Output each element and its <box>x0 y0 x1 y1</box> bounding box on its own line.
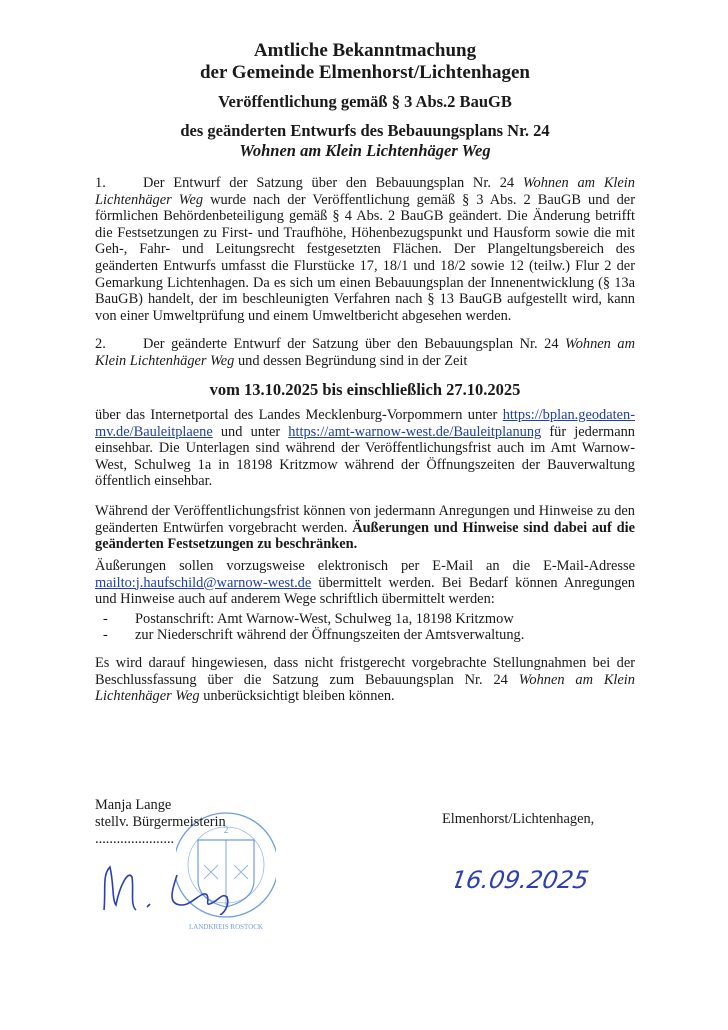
section-1-text: Der Entwurf der Satzung über den Bebauun… <box>143 175 523 191</box>
signatory-block: Manja Lange stellv. Bürgermeisterin ....… <box>95 797 226 848</box>
submission-paragraph: Äußerungen sollen vorzugsweise elektroni… <box>95 558 635 644</box>
submission-options: Postanschrift: Amt Warnow-West, Schulweg… <box>95 611 635 644</box>
title-line-1: Amtliche Bekanntmachung <box>95 40 635 62</box>
subtitle: Veröffentlichung gemäß § 3 Abs.2 BauGB <box>95 92 635 112</box>
subject: des geänderten Entwurfs des Bebauungspla… <box>95 121 635 161</box>
notice-paragraph: Es wird darauf hingewiesen, dass nicht f… <box>95 655 635 705</box>
email-link[interactable]: mailto:j.haufschild@warnow-west.de <box>95 575 311 591</box>
signing-place: Elmenhorst/Lichtenhagen, <box>442 811 594 828</box>
svg-text:LANDKREIS ROSTOCK: LANDKREIS ROSTOCK <box>189 923 263 931</box>
access-text-2: und unter <box>213 424 289 440</box>
section-2: 2.Der geänderte Entwurf der Satzung über… <box>95 336 635 369</box>
svg-text:16.09.2025: 16.09.2025 <box>455 866 591 894</box>
signatory-name: Manja Lange <box>95 797 226 814</box>
notice-text-2: unberücksichtigt bleiben können. <box>200 688 395 704</box>
handwritten-signature-icon <box>92 855 242 915</box>
submission-text: Äußerungen sollen vorzugsweise elektroni… <box>95 558 635 574</box>
access-paragraph: über das Internetportal des Landes Meckl… <box>95 407 635 490</box>
subject-line-1: des geänderten Entwurfs des Bebauungspla… <box>95 121 635 141</box>
bullet-in-person: zur Niederschrift während der Öffnungsze… <box>95 627 635 644</box>
section-2-text: Der geänderte Entwurf der Satzung über d… <box>143 336 565 352</box>
section-1: 1.Der Entwurf der Satzung über den Bebau… <box>95 175 635 324</box>
section-1-number: 1. <box>95 175 143 192</box>
section-2-number: 2. <box>95 336 143 353</box>
signature-dots: ...................... <box>95 831 226 848</box>
bullet-postal: Postanschrift: Amt Warnow-West, Schulweg… <box>95 611 635 628</box>
section-1-text-cont: wurde nach der Veröffentlichung gemäß § … <box>95 192 635 324</box>
comments-paragraph: Während der Veröffentlichungsfrist könne… <box>95 503 635 553</box>
publication-period: vom 13.10.2025 bis einschließlich 27.10.… <box>95 380 635 400</box>
section-2-text-cont: und dessen Begründung sind in der Zeit <box>234 353 467 369</box>
signatory-role: stellv. Bürgermeisterin <box>95 814 226 831</box>
amt-warnow-west-link[interactable]: https://amt-warnow-west.de/Bauleitplanun… <box>288 424 541 440</box>
title-line-2: der Gemeinde Elmenhorst/Lichtenhagen <box>95 62 635 84</box>
subject-line-2: Wohnen am Klein Lichtenhäger Weg <box>239 141 490 160</box>
access-text: über das Internetportal des Landes Meckl… <box>95 407 503 423</box>
handwritten-date: 16.09.2025 <box>455 858 615 898</box>
